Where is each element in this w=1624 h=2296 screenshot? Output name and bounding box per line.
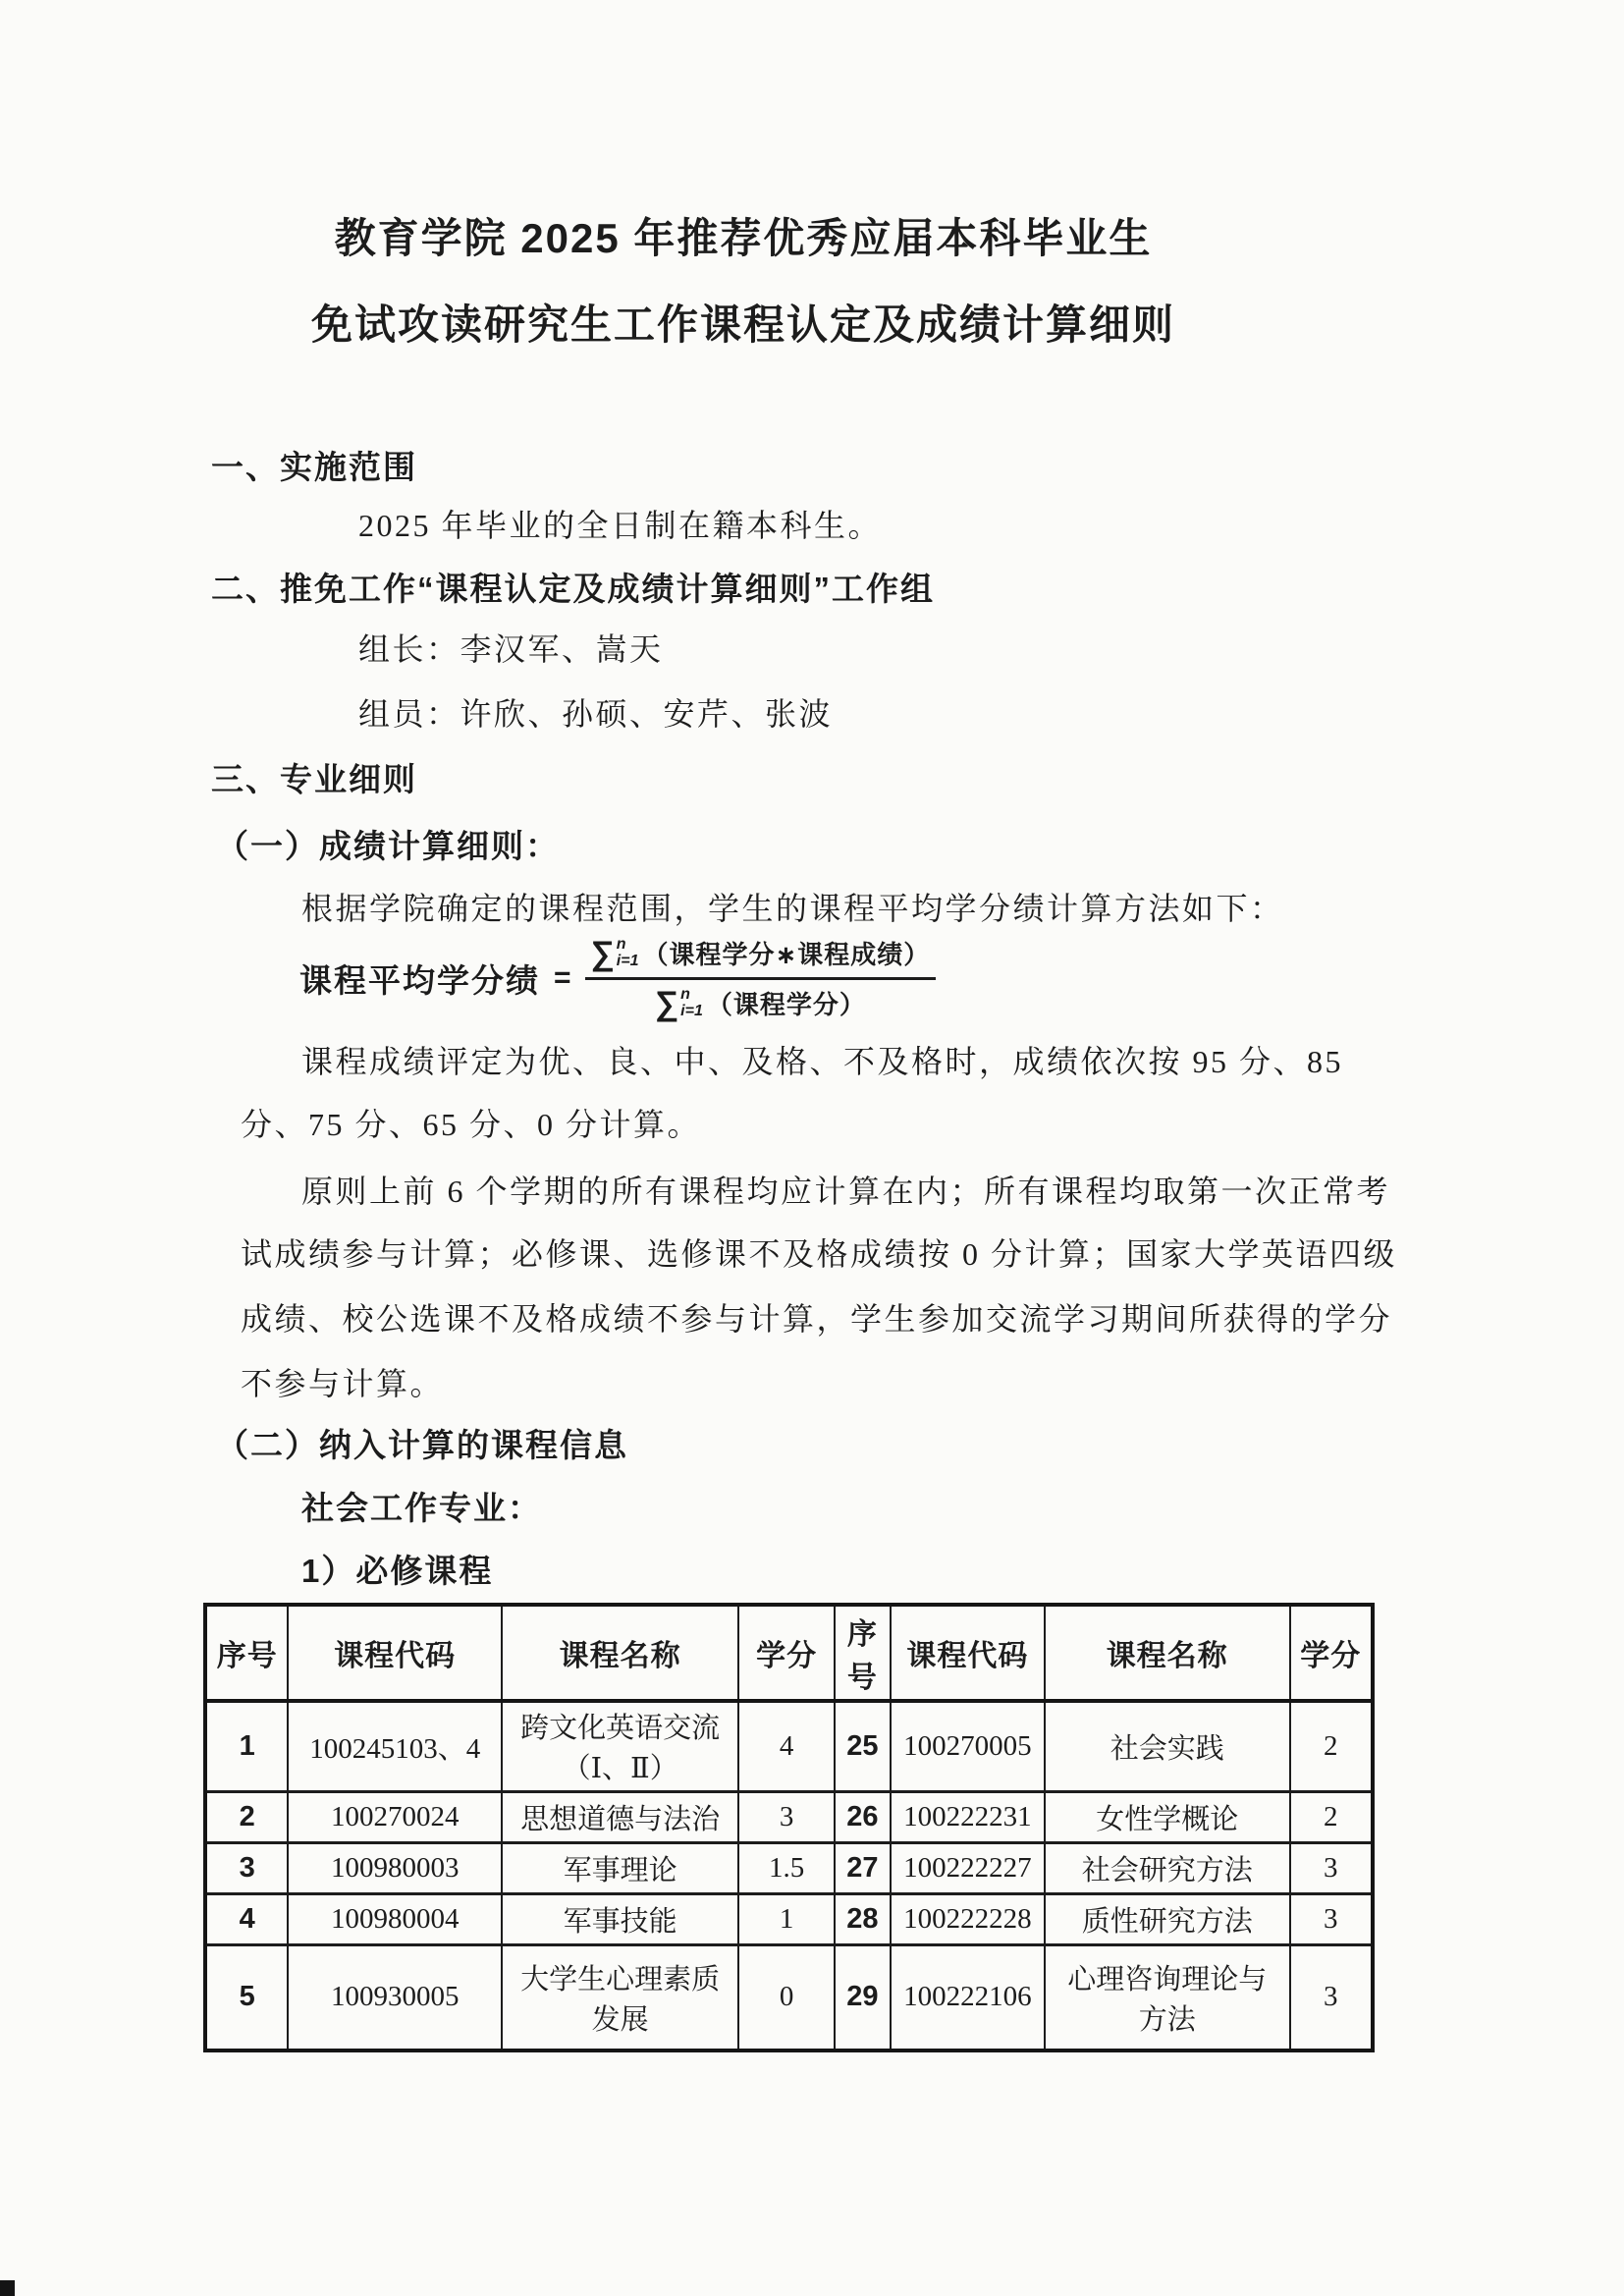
calculation-rule-line1: 原则上前 6 个学期的所有课程均应计算在内；所有课程均取第一次正常考: [301, 1167, 1390, 1212]
table-cell: 26: [835, 1791, 891, 1842]
table-cell: 3: [1290, 1893, 1373, 1944]
numerator-text: （课程学分∗课程成绩）: [642, 935, 930, 971]
header-cell: 课程名称: [1045, 1605, 1290, 1701]
table-cell: 29: [835, 1944, 891, 2050]
sigma-symbol: ∑ n i=1: [591, 937, 639, 970]
header-cell: 学分: [738, 1605, 834, 1701]
table-cell: 军事理论: [502, 1842, 738, 1893]
table-cell: 100245103、4: [288, 1701, 502, 1791]
table-cell: 100222227: [891, 1842, 1045, 1893]
table-row: 3100980003军事理论1.527100222227社会研究方法3: [205, 1842, 1373, 1893]
table-cell: 女性学概论: [1045, 1791, 1290, 1842]
table-cell: 100222228: [891, 1893, 1045, 1944]
gpa-intro-line: 根据学院确定的课程范围，学生的课程平均学分绩计算方法如下：: [301, 884, 1284, 929]
table-cell: 28: [835, 1893, 891, 1944]
table-cell: 3: [205, 1842, 288, 1893]
group-members-line: 组员：许欣、孙硕、安芹、张波: [358, 689, 833, 735]
table-cell: 社会研究方法: [1045, 1842, 1290, 1893]
table-cell: 跨文化英语交流 （Ⅰ、Ⅱ）: [502, 1701, 738, 1791]
table-cell: 100930005: [288, 1944, 502, 2050]
subsection-1-heading: （一）成绩计算细则：: [216, 821, 560, 867]
sigma-upper-limit: n: [617, 937, 639, 954]
table-cell: 0: [738, 1944, 834, 2050]
table-cell: 社会实践: [1045, 1701, 1290, 1791]
table-cell: 100270005: [891, 1701, 1045, 1791]
calculation-rule-line2: 试成绩参与计算；必修课、选修课不及格成绩按 0 分计算；国家大学英语四级: [241, 1230, 1397, 1275]
table-cell: 3: [738, 1791, 834, 1842]
table-cell: 1.5: [738, 1842, 834, 1893]
section-1-heading: 一、实施范围: [211, 442, 417, 488]
table-cell: 1: [738, 1893, 834, 1944]
table-cell: 2: [205, 1791, 288, 1842]
table-cell: 4: [738, 1701, 834, 1791]
sigma-lower-limit: i=1: [617, 954, 639, 970]
document-title-line1: 教育学院 2025 年推荐优秀应届本科毕业生: [59, 206, 1428, 265]
section-2-heading: 二、推免工作“课程认定及成绩计算细则”工作组: [211, 564, 935, 610]
formula-numerator: ∑ n i=1 （课程学分∗课程成绩）: [585, 935, 937, 980]
table-cell: 100980003: [288, 1842, 502, 1893]
table-cell: 1: [205, 1701, 288, 1791]
course-table-header-row: 序号课程代码课程名称学分序号课程代码课程名称学分: [205, 1605, 1373, 1701]
formula-denominator: ∑ n i=1 （课程学分）: [655, 980, 866, 1021]
header-cell: 序号: [205, 1605, 288, 1701]
table-row: 1100245103、4跨文化英语交流 （Ⅰ、Ⅱ）425100270005社会实…: [205, 1701, 1373, 1791]
header-cell: 课程名称: [502, 1605, 738, 1701]
formula-lhs: 课程平均学分绩: [299, 956, 540, 1002]
calculation-rule-line4: 不参与计算。: [241, 1359, 444, 1404]
table-cell: 思想道德与法治: [502, 1791, 738, 1842]
table-cell: 质性研究方法: [1045, 1893, 1290, 1944]
course-table: 序号课程代码课程名称学分序号课程代码课程名称学分 1100245103、4跨文化…: [203, 1603, 1375, 2052]
header-cell: 序号: [835, 1605, 891, 1701]
subsection-2-heading: （二）纳入计算的课程信息: [216, 1420, 628, 1466]
table-cell: 100980004: [288, 1893, 502, 1944]
table-cell: 大学生心理素质 发展: [502, 1944, 738, 2050]
table-row: 5100930005大学生心理素质 发展029100222106心理咨询理论与 …: [205, 1944, 1373, 2050]
document-page: 教育学院 2025 年推荐优秀应届本科毕业生 免试攻读研究生工作课程认定及成绩计…: [0, 0, 1624, 2296]
header-cell: 课程代码: [891, 1605, 1045, 1701]
table-cell: 100222231: [891, 1791, 1045, 1842]
scope-paragraph: 2025 年毕业的全日制在籍本科生。: [358, 501, 882, 546]
formula-equals: =: [554, 961, 571, 995]
gpa-formula: 课程平均学分绩 = ∑ n i=1 （课程学分∗课程成绩） ∑ n: [299, 935, 936, 1021]
table-cell: 25: [835, 1701, 891, 1791]
table-row: 2100270024思想道德与法治326100222231女性学概论2: [205, 1791, 1373, 1842]
table-cell: 3: [1290, 1944, 1373, 2050]
grade-mapping-line2: 分、75 分、65 分、0 分计算。: [241, 1100, 701, 1145]
scan-artifact-mark: [0, 2280, 15, 2296]
document-title-line2: 免试攻读研究生工作课程认定及成绩计算细则: [59, 293, 1428, 352]
denominator-text: （课程学分）: [707, 985, 866, 1021]
major-label: 社会工作专业：: [301, 1483, 542, 1529]
sigma-lower-limit: i=1: [680, 1004, 703, 1020]
table-cell: 100222106: [891, 1944, 1045, 2050]
course-table-body: 1100245103、4跨文化英语交流 （Ⅰ、Ⅱ）425100270005社会实…: [205, 1701, 1373, 2050]
grade-mapping-line1: 课程成绩评定为优、良、中、及格、不及格时，成绩依次按 95 分、85: [301, 1037, 1343, 1082]
table-cell: 2: [1290, 1701, 1373, 1791]
formula-fraction: ∑ n i=1 （课程学分∗课程成绩） ∑ n i=1 （课程学分）: [585, 935, 937, 1021]
section-3-heading: 三、专业细则: [211, 754, 417, 800]
table-cell: 5: [205, 1944, 288, 2050]
table-cell: 27: [835, 1842, 891, 1893]
sigma-upper-limit: n: [680, 987, 703, 1004]
table-cell: 3: [1290, 1842, 1373, 1893]
sigma-symbol: ∑ n i=1: [655, 987, 703, 1020]
group-leader-line: 组长：李汉军、嵩天: [358, 625, 664, 670]
required-courses-label: 1）必修课程: [301, 1546, 493, 1592]
calculation-rule-line3: 成绩、校公选课不及格成绩不参与计算，学生参加交流学习期间所获得的学分: [241, 1294, 1392, 1339]
table-cell: 100270024: [288, 1791, 502, 1842]
header-cell: 学分: [1290, 1605, 1373, 1701]
table-cell: 心理咨询理论与 方法: [1045, 1944, 1290, 2050]
table-row: 4100980004军事技能128100222228质性研究方法3: [205, 1893, 1373, 1944]
table-cell: 2: [1290, 1791, 1373, 1842]
header-cell: 课程代码: [288, 1605, 502, 1701]
table-cell: 军事技能: [502, 1893, 738, 1944]
table-cell: 4: [205, 1893, 288, 1944]
